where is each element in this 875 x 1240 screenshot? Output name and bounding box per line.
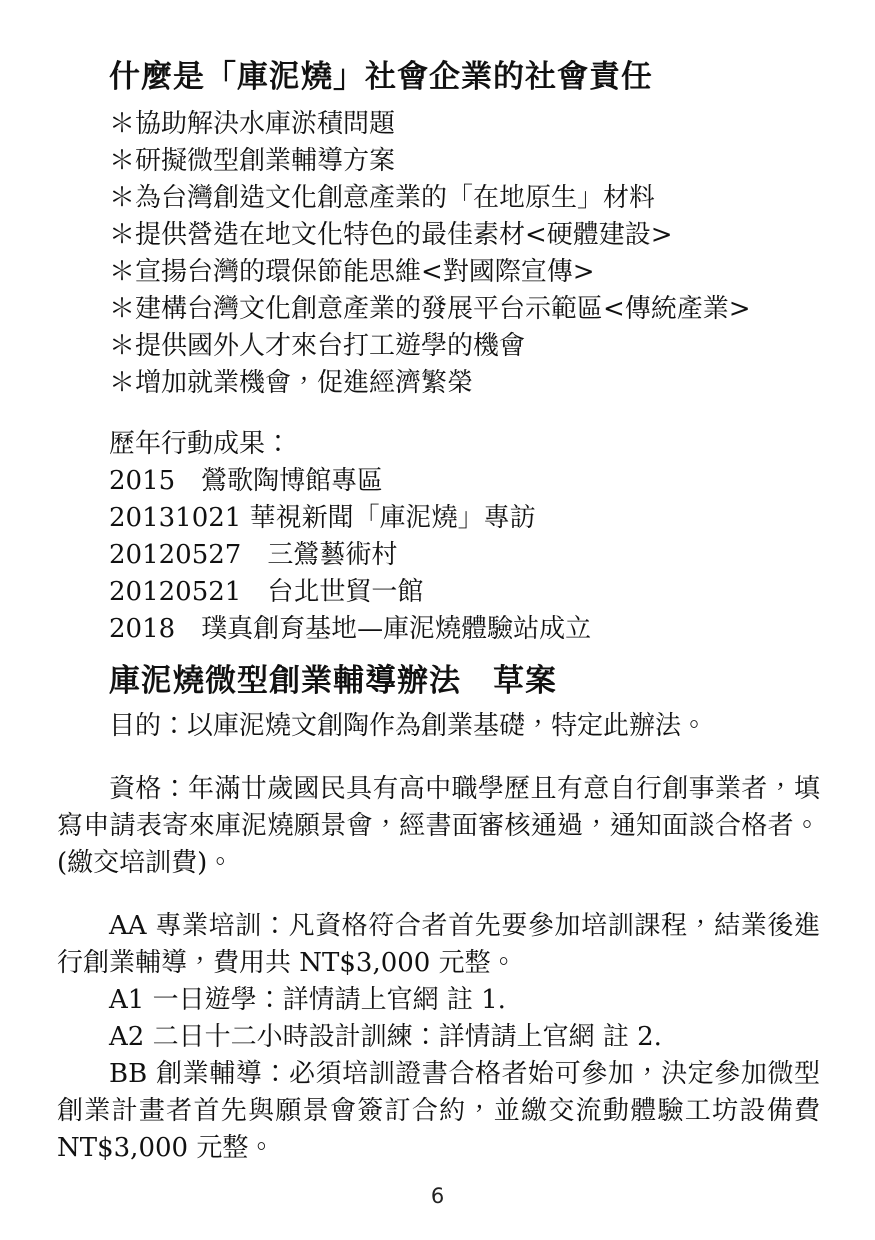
bullet-item-1: ＊協助解決水庫淤積問題	[57, 106, 820, 143]
blank-line	[57, 402, 820, 426]
achievement-item-20120521: 20120521 台北世貿一館	[57, 574, 820, 611]
training-a2-line: A2 二日十二小時設計訓練：詳情請上官網 註 2.	[57, 1019, 820, 1056]
achievement-item-2018: 2018 璞真創育基地—庫泥燒體驗站成立	[57, 611, 820, 648]
training-aa-paragraph: AA 專業培訓：凡資格符合者首先要參加培訓課程，結業後進行創業輔導，費用共 NT…	[57, 908, 820, 982]
document-page: 什麼是「庫泥燒」社會企業的社會責任 ＊協助解決水庫淤積問題 ＊研擬微型創業輔導方…	[0, 0, 875, 1240]
achievement-item-20120527: 20120527 三鶯藝術村	[57, 537, 820, 574]
bullet-item-4: ＊提供營造在地文化特色的最佳素材<硬體建設>	[57, 217, 820, 254]
bullet-item-6: ＊建構台灣文化創意產業的發展平台示範區<傳統產業>	[57, 291, 820, 328]
achievement-item-2015: 2015 鶯歌陶博館專區	[57, 463, 820, 500]
bullet-item-5: ＊宣揚台灣的環保節能思維<對國際宣傳>	[57, 254, 820, 291]
section1-title: 什麼是「庫泥燒」社會企業的社會責任	[57, 58, 820, 96]
bullet-item-7: ＊提供國外人才來台打工遊學的機會	[57, 328, 820, 365]
purpose-paragraph: 目的：以庫泥燒文創陶作為創業基礎，特定此辦法。	[57, 708, 820, 745]
bullet-item-3: ＊為台灣創造文化創意產業的「在地原生」材料	[57, 180, 820, 217]
training-a1-line: A1 一日遊學：詳情請上官網 註 1.	[57, 982, 820, 1019]
bullet-item-2: ＊研擬微型創業輔導方案	[57, 143, 820, 180]
page-number: 6	[0, 1184, 875, 1208]
qualification-paragraph: 資格：年滿廿歲國民具有高中職學歷且有意自行創事業者，填寫申請表寄來庫泥燒願景會，…	[57, 771, 820, 882]
bullet-item-8: ＊增加就業機會，促進經濟繁榮	[57, 365, 820, 402]
section2-title: 庫泥燒微型創業輔導辦法 草案	[57, 662, 820, 700]
coaching-bb-paragraph: BB 創業輔導：必須培訓證書合格者始可參加，決定參加微型創業計畫者首先與願景會簽…	[57, 1056, 820, 1167]
achievements-heading: 歷年行動成果：	[57, 426, 820, 463]
achievement-item-20131021: 20131021 華視新聞「庫泥燒」專訪	[57, 500, 820, 537]
